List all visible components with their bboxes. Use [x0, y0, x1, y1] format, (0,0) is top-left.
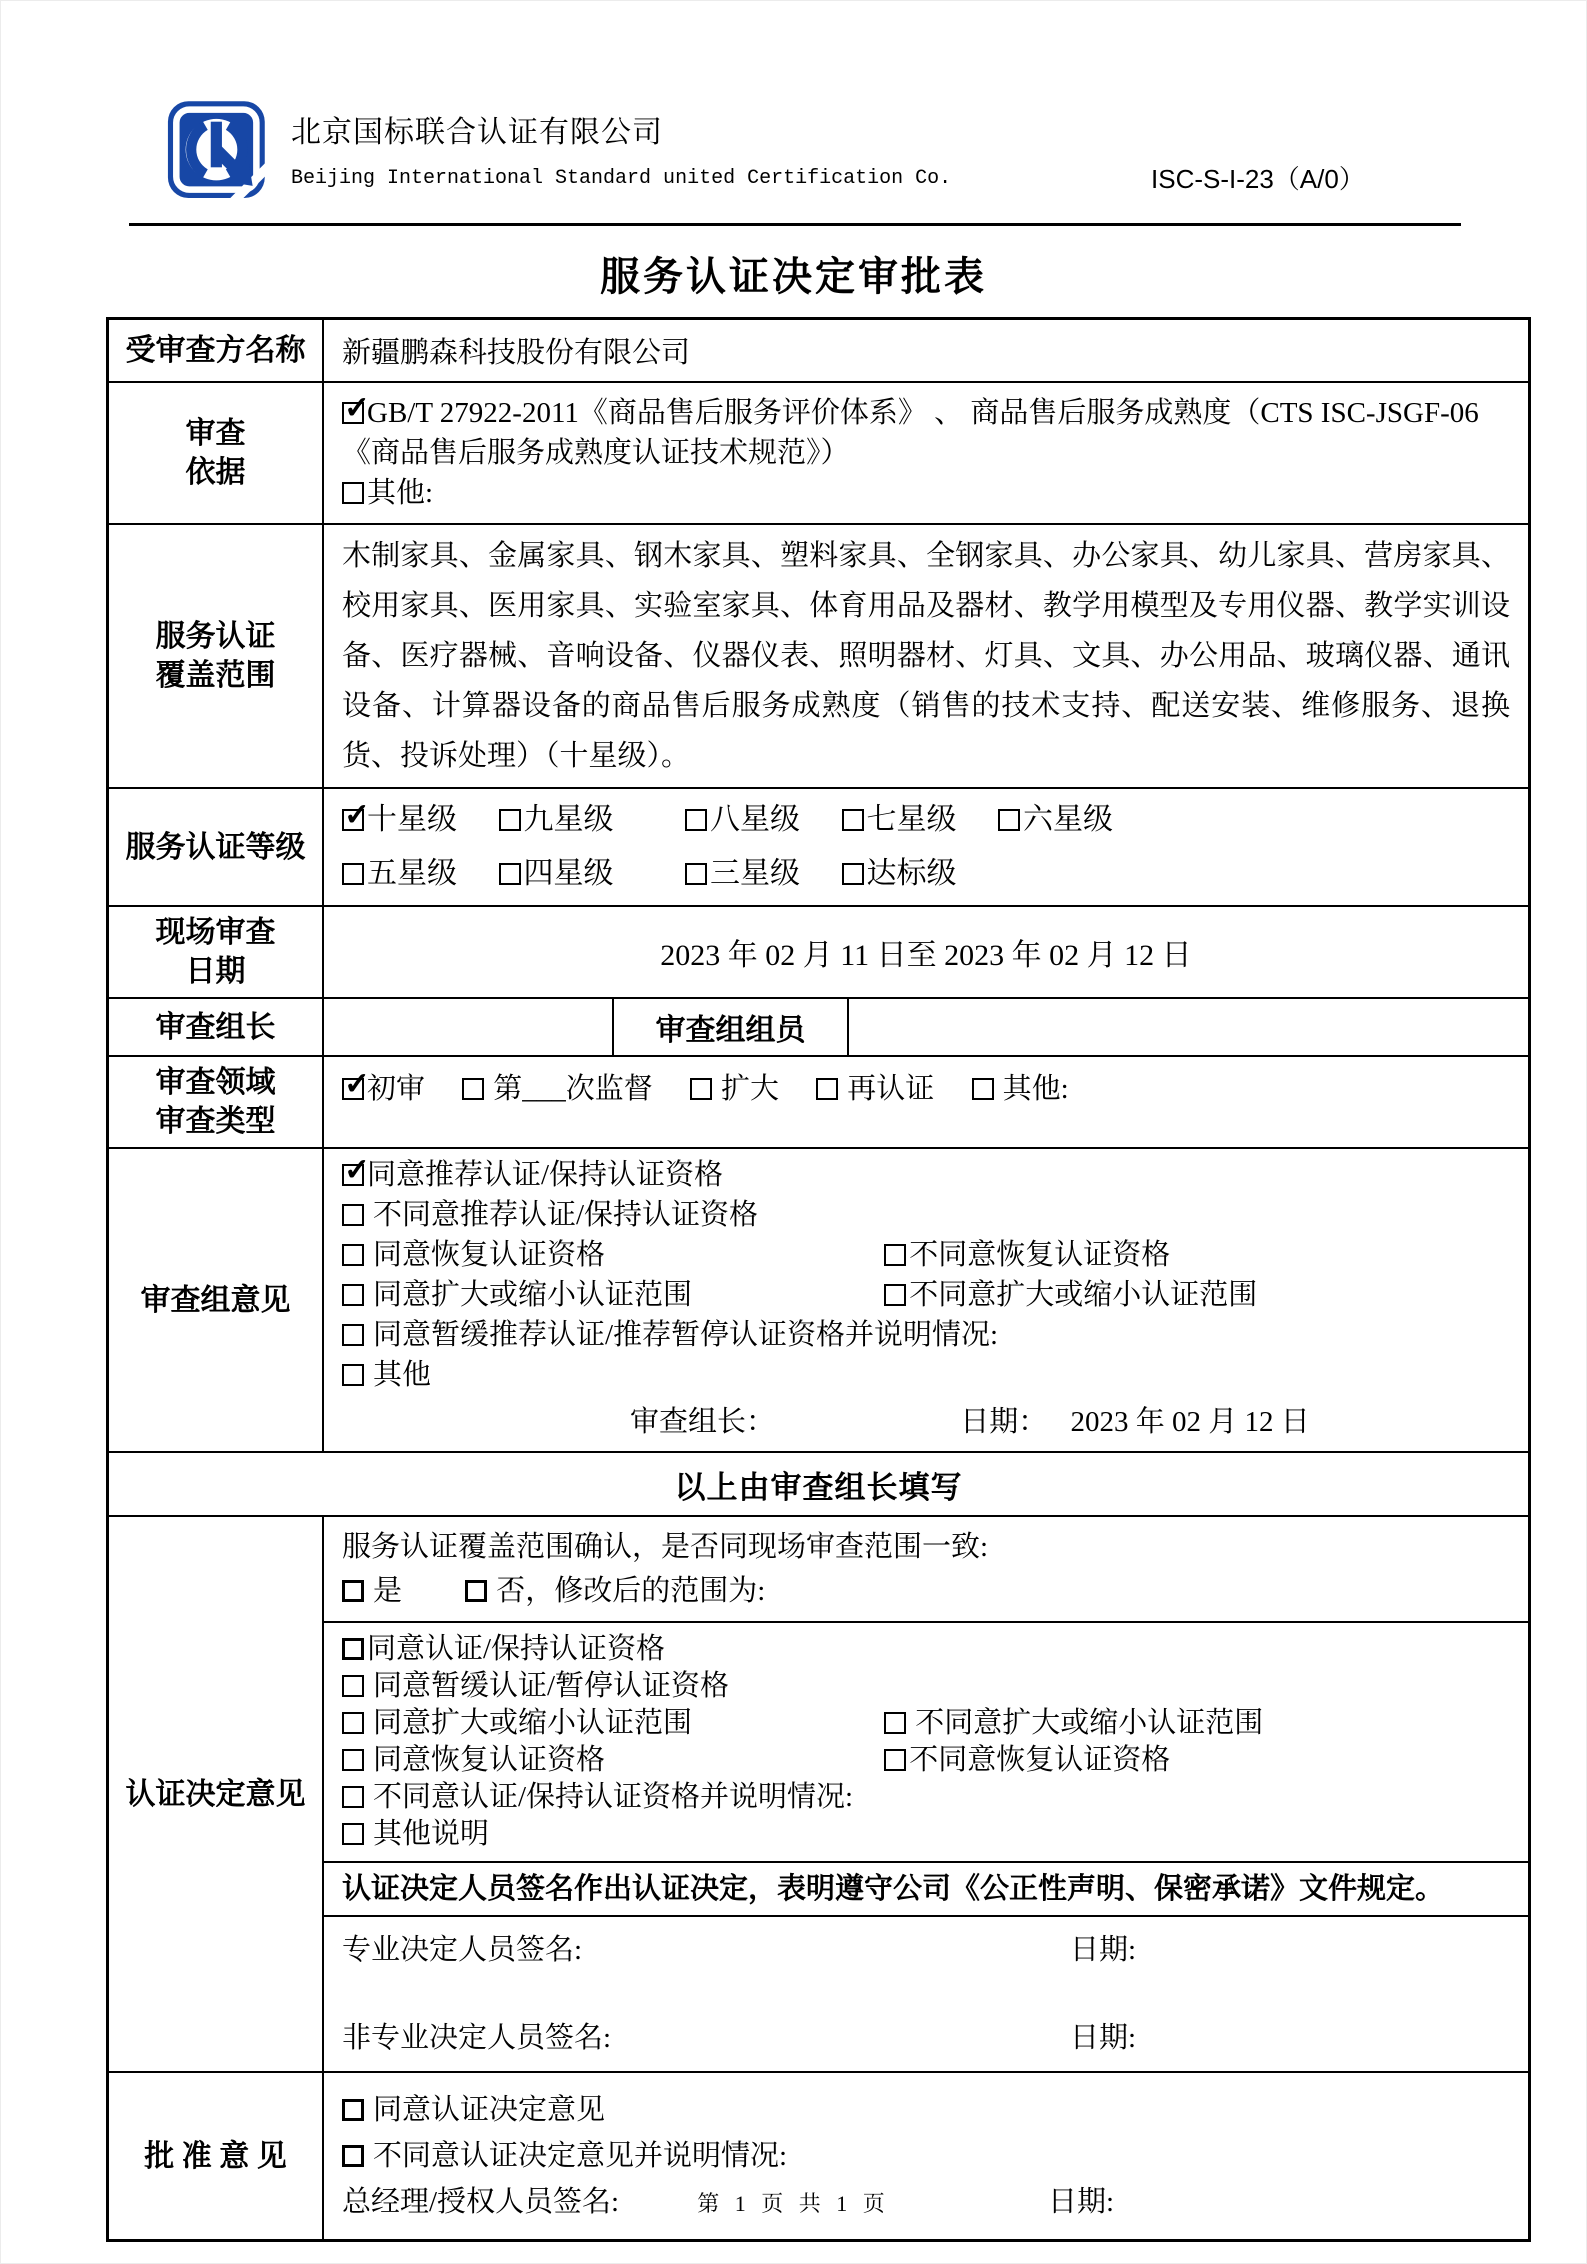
grade-option-nine-star: 九星级	[499, 803, 614, 836]
grade-option-standard-level: 达标级	[842, 857, 957, 890]
basis-standard-text: GB/T 27922-2011《商品售后服务评价体系》 、 商品售后服务成熟度（…	[342, 397, 1479, 469]
confirm-yes-option: 是	[342, 1575, 402, 1607]
checkbox-recert[interactable]	[816, 1078, 838, 1100]
checkbox-dec-disagree-restore[interactable]	[884, 1749, 906, 1771]
audit-date-label: 现场审查 日期	[109, 907, 324, 997]
company-name-en: Beijing International Standard united Ce…	[291, 167, 951, 190]
table-row-auditee: 受审查方名称 新疆鹏森科技股份有限公司	[109, 320, 1528, 383]
checkbox-disagree-scope-change[interactable]	[884, 1284, 906, 1306]
decision-disagree-scope-change: 不同意扩大或缩小认证范围	[884, 1707, 1263, 1739]
checkbox-approval-agree[interactable]	[342, 2099, 364, 2121]
grade-option-five-star: 五星级	[342, 857, 457, 890]
checkbox-disagree-cert[interactable]	[342, 1786, 364, 1808]
type-option-surveillance: 第___次监督	[462, 1073, 653, 1105]
opinion-text: 不同意推荐认证/保持认证资格	[373, 1199, 758, 1231]
opinion-other: 其他	[342, 1355, 1510, 1395]
checkbox-type-other[interactable]	[972, 1078, 994, 1100]
grade-option-three-star: 三星级	[685, 857, 800, 890]
team-leader-label: 审查组长	[109, 999, 324, 1055]
grade-option-eight-star: 八星级	[685, 803, 800, 836]
company-logo	[167, 99, 275, 217]
table-row-scope: 服务认证 覆盖范围 木制家具、金属家具、钢木家具、塑料家具、全钢家具、办公家具、…	[109, 525, 1528, 789]
decision-option-label: 不同意恢复认证资格	[909, 1744, 1170, 1776]
checkbox-agree-cert[interactable]	[342, 1638, 364, 1660]
nonpro-signature-line: 非专业决定人员签名:日期:	[342, 2019, 1510, 2057]
basis-content: GB/T 27922-2011《商品售后服务评价体系》 、 商品售后服务成熟度（…	[324, 383, 1528, 523]
grade-option-four-star: 四星级	[499, 857, 614, 890]
checkbox-standard-level[interactable]	[842, 863, 864, 885]
type-option-label: 其他:	[1003, 1073, 1069, 1105]
checkbox-suspend-cert[interactable]	[342, 1675, 364, 1697]
checkbox-disagree-recommend[interactable]	[342, 1204, 364, 1226]
scope-content: 木制家具、金属家具、钢木家具、塑料家具、全钢家具、办公家具、幼儿家具、营房家具、…	[324, 525, 1528, 787]
type-option-initial: 初审	[342, 1073, 425, 1105]
group-opinion-content: 同意推荐认证/保持认证资格 不同意推荐认证/保持认证资格 同意恢复认证资格 不同…	[324, 1149, 1528, 1451]
checkbox-approval-disagree[interactable]	[342, 2145, 364, 2167]
grade-label: 服务认证等级	[109, 789, 324, 905]
approval-agree: 同意认证决定意见	[342, 2087, 1510, 2133]
document-code: ISC-S-I-23（A/0）	[1151, 159, 1365, 196]
checkbox-dec-agree-scope[interactable]	[342, 1712, 364, 1734]
decision-agree-cert: 同意认证/保持认证资格	[342, 1631, 1510, 1668]
decision-agree-restore: 同意恢复认证资格	[342, 1742, 877, 1779]
grade-option-label: 达标级	[867, 857, 957, 890]
decision-agree-scope-change: 同意扩大或缩小认证范围	[342, 1705, 877, 1742]
pro-signature-line: 专业决定人员签名:日期:	[342, 1931, 1510, 1969]
decision-content: 服务认证覆盖范围确认，是否同现场审查范围一致: 是 否，修改后的范围为: 同意认…	[324, 1517, 1528, 2071]
certification-logo-icon	[167, 99, 275, 217]
table-row-grade: 服务认证等级 十星级 九星级 八星级 七星级 六星级 五星级 四星级 三星级 达…	[109, 789, 1528, 907]
page-title: 服务认证决定审批表	[1, 245, 1586, 302]
checkbox-disagree-restore[interactable]	[884, 1244, 906, 1266]
pro-sign-label: 专业决定人员签名:	[342, 1931, 1070, 1969]
checkbox-eight-star[interactable]	[685, 809, 707, 831]
decision-disagree-restore: 不同意恢复认证资格	[884, 1744, 1170, 1776]
opinion-date-value: 2023 年 02 月 12 日	[1071, 1406, 1310, 1438]
basis-option-standard: GB/T 27922-2011《商品售后服务评价体系》 、 商品售后服务成熟度（…	[342, 393, 1510, 473]
decision-scope-confirm: 服务认证覆盖范围确认，是否同现场审查范围一致: 是 否，修改后的范围为:	[324, 1517, 1528, 1623]
scope-confirm-title: 服务认证覆盖范围确认，是否同现场审查范围一致:	[342, 1525, 1510, 1569]
grade-option-label: 四星级	[524, 857, 614, 890]
grade-content: 十星级 九星级 八星级 七星级 六星级 五星级 四星级 三星级 达标级	[324, 789, 1528, 905]
checkbox-confirm-yes[interactable]	[342, 1580, 364, 1602]
checkbox-decision-other[interactable]	[342, 1823, 364, 1845]
type-option-label: 第___次监督	[493, 1073, 653, 1105]
scope-label: 服务认证 覆盖范围	[109, 525, 324, 787]
checkbox-suspend[interactable]	[342, 1324, 364, 1346]
checkbox-dec-disagree-scope[interactable]	[884, 1712, 906, 1734]
approval-form-table: 受审查方名称 新疆鹏森科技股份有限公司 审查 依据 GB/T 27922-201…	[106, 317, 1531, 2242]
decision-option-label: 同意暂缓认证/暂停认证资格	[373, 1670, 729, 1702]
grade-option-seven-star: 七星级	[842, 803, 957, 836]
opinion-text: 同意推荐认证/保持认证资格	[367, 1159, 723, 1191]
checkbox-agree-recommend[interactable]	[342, 1164, 364, 1186]
opinion-disagree-scope-change: 不同意扩大或缩小认证范围	[884, 1279, 1257, 1311]
decision-option-label: 同意恢复认证资格	[373, 1744, 605, 1776]
table-row-basis: 审查 依据 GB/T 27922-2011《商品售后服务评价体系》 、 商品售后…	[109, 383, 1528, 525]
checkbox-agree-scope-change[interactable]	[342, 1284, 364, 1306]
opinion-text: 不同意恢复认证资格	[909, 1239, 1170, 1271]
type-option-label: 扩大	[721, 1073, 779, 1105]
opinion-agree-recommend: 同意推荐认证/保持认证资格	[342, 1155, 1510, 1195]
opinion-disagree-restore: 不同意恢复认证资格	[884, 1239, 1170, 1271]
basis-label: 审查 依据	[109, 383, 324, 523]
checkbox-six-star[interactable]	[998, 809, 1020, 831]
grade-option-label: 九星级	[524, 803, 614, 836]
type-option-label: 再认证	[847, 1073, 934, 1105]
leader-fill-banner: 以上由审查组长填写	[109, 1453, 1528, 1515]
auditee-label: 受审查方名称	[109, 320, 324, 381]
decision-signatures: 专业决定人员签名:日期: 非专业决定人员签名:日期:	[324, 1917, 1528, 2071]
decision-label: 认证决定意见	[109, 1517, 324, 2071]
decision-disagree-cert: 不同意认证/保持认证资格并说明情况:	[342, 1779, 1510, 1816]
checkbox-nine-star[interactable]	[499, 809, 521, 831]
table-row-banner: 以上由审查组长填写	[109, 1453, 1528, 1517]
type-option-label: 初审	[367, 1073, 425, 1105]
decision-option-label: 不同意扩大或缩小认证范围	[915, 1707, 1263, 1739]
audit-type-options: 初审 第___次监督 扩大 再认证 其他:	[342, 1069, 1510, 1109]
approval-option-label: 同意认证决定意见	[373, 2094, 605, 2126]
team-member-value[interactable]	[849, 999, 1528, 1055]
approval-option-label: 不同意认证决定意见并说明情况:	[373, 2140, 787, 2172]
grade-option-label: 七星级	[867, 803, 957, 836]
confirm-option-label: 是	[373, 1575, 402, 1607]
decision-option-label: 同意认证/保持认证资格	[367, 1633, 665, 1665]
decision-statement: 认证决定人员签名作出认证决定，表明遵守公司《公正性声明、保密承诺》文件规定。	[324, 1863, 1528, 1917]
page-number: 第 1 页 共 1 页	[1, 2187, 1586, 2218]
decision-scope-change-line: 同意扩大或缩小认证范围 不同意扩大或缩小认证范围	[342, 1705, 1510, 1742]
table-row-audit-type: 审查领域 审查类型 初审 第___次监督 扩大 再认证 其他:	[109, 1057, 1528, 1149]
decision-suspend-cert: 同意暂缓认证/暂停认证资格	[342, 1668, 1510, 1705]
header-divider	[129, 223, 1461, 226]
opinion-text: 不同意扩大或缩小认证范围	[909, 1279, 1257, 1311]
checkbox-initial-audit[interactable]	[342, 1078, 364, 1100]
opinion-agree-restore: 同意恢复认证资格	[342, 1235, 877, 1275]
audit-type-content: 初审 第___次监督 扩大 再认证 其他:	[324, 1057, 1528, 1147]
decision-other-note: 其他说明	[342, 1816, 1510, 1853]
nonpro-sign-label: 非专业决定人员签名:	[342, 2019, 1070, 2057]
approval-disagree: 不同意认证决定意见并说明情况:	[342, 2133, 1510, 2179]
table-row-team: 审查组长 审查组组员	[109, 999, 1528, 1057]
decision-option-label: 其他说明	[373, 1818, 489, 1850]
checkbox-expand[interactable]	[690, 1078, 712, 1100]
confirm-option-label: 否，修改后的范围为:	[496, 1575, 765, 1607]
checkbox-ten-star[interactable]	[342, 809, 364, 831]
scope-confirm-options: 是 否，修改后的范围为:	[342, 1569, 1510, 1613]
team-leader-value[interactable]	[324, 999, 614, 1055]
grade-option-six-star: 六星级	[998, 803, 1113, 836]
grade-option-label: 五星级	[367, 857, 457, 890]
checkbox-four-star[interactable]	[499, 863, 521, 885]
nonpro-date-label: 日期:	[1070, 2022, 1136, 2054]
confirm-no-option: 否，修改后的范围为:	[465, 1575, 765, 1607]
checkbox-seven-star[interactable]	[842, 809, 864, 831]
group-opinion-label: 审查组意见	[109, 1149, 324, 1451]
checkbox-surveillance[interactable]	[462, 1078, 484, 1100]
decision-option-label: 不同意认证/保持认证资格并说明情况:	[373, 1781, 853, 1813]
grade-line-2: 五星级 四星级 三星级 达标级	[342, 847, 1510, 901]
opinion-text: 同意扩大或缩小认证范围	[373, 1279, 692, 1311]
basis-option-other: 其他:	[342, 473, 1510, 513]
type-option-recert: 再认证	[816, 1073, 934, 1105]
opinion-suspend: 同意暂缓推荐认证/推荐暂停认证资格并说明情况:	[342, 1315, 1510, 1355]
grade-line-1: 十星级 九星级 八星级 七星级 六星级	[342, 793, 1510, 847]
checkbox-confirm-no[interactable]	[465, 1580, 487, 1602]
checkbox-opinion-other[interactable]	[342, 1364, 364, 1386]
signature-blank-space[interactable]	[342, 1969, 1510, 2019]
opinion-text: 同意暂缓推荐认证/推荐暂停认证资格并说明情况:	[373, 1319, 998, 1351]
group-opinion-signature-line: 审查组长： 日期： 2023 年 02 月 12 日	[342, 1399, 1510, 1445]
grade-option-label: 八星级	[710, 803, 800, 836]
opinion-date-label: 日期：	[960, 1406, 1047, 1438]
opinion-disagree-recommend: 不同意推荐认证/保持认证资格	[342, 1195, 1510, 1235]
scope-text: 木制家具、金属家具、钢木家具、塑料家具、全钢家具、办公家具、幼儿家具、营房家具、…	[342, 531, 1510, 781]
pro-date-label: 日期:	[1070, 1934, 1136, 1966]
table-row-decision: 认证决定意见 服务认证覆盖范围确认，是否同现场审查范围一致: 是 否，修改后的范…	[109, 1517, 1528, 2073]
company-name-cn: 北京国标联合认证有限公司	[291, 107, 663, 151]
opinion-restore-line: 同意恢复认证资格 不同意恢复认证资格	[342, 1235, 1510, 1275]
checkbox-basis-other[interactable]	[342, 482, 364, 504]
checkbox-three-star[interactable]	[685, 863, 707, 885]
decision-option-label: 同意扩大或缩小认证范围	[373, 1707, 692, 1739]
leader-sign-label: 审查组长：	[630, 1406, 775, 1438]
checkbox-five-star[interactable]	[342, 863, 364, 885]
grade-option-label: 十星级	[367, 803, 457, 836]
type-option-other: 其他:	[972, 1073, 1069, 1105]
opinion-scope-change-line: 同意扩大或缩小认证范围 不同意扩大或缩小认证范围	[342, 1275, 1510, 1315]
document-page: 北京国标联合认证有限公司 Beijing International Stand…	[0, 0, 1587, 2264]
decision-restore-line: 同意恢复认证资格 不同意恢复认证资格	[342, 1742, 1510, 1779]
table-row-audit-date: 现场审查 日期 2023 年 02 月 11 日至 2023 年 02 月 12…	[109, 907, 1528, 999]
opinion-agree-scope-change: 同意扩大或缩小认证范围	[342, 1275, 877, 1315]
audit-type-label: 审查领域 审查类型	[109, 1057, 324, 1147]
grade-option-ten-star: 十星级	[342, 803, 457, 836]
table-row-group-opinion: 审查组意见 同意推荐认证/保持认证资格 不同意推荐认证/保持认证资格 同意恢复认…	[109, 1149, 1528, 1453]
grade-option-label: 三星级	[710, 857, 800, 890]
opinion-text: 同意恢复认证资格	[373, 1239, 605, 1271]
checkbox-basis-standard[interactable]	[342, 402, 364, 424]
auditee-value: 新疆鹏森科技股份有限公司	[324, 320, 1528, 381]
audit-date-value: 2023 年 02 月 11 日至 2023 年 02 月 12 日	[324, 907, 1528, 997]
checkbox-agree-restore[interactable]	[342, 1244, 364, 1266]
decision-options: 同意认证/保持认证资格 同意暂缓认证/暂停认证资格 同意扩大或缩小认证范围 不同…	[324, 1623, 1528, 1863]
type-option-expand: 扩大	[690, 1073, 779, 1105]
opinion-text: 其他	[373, 1359, 431, 1391]
checkbox-dec-agree-restore[interactable]	[342, 1749, 364, 1771]
grade-option-label: 六星级	[1023, 803, 1113, 836]
team-member-label: 审查组组员	[614, 999, 849, 1055]
basis-other-text: 其他:	[367, 477, 433, 509]
